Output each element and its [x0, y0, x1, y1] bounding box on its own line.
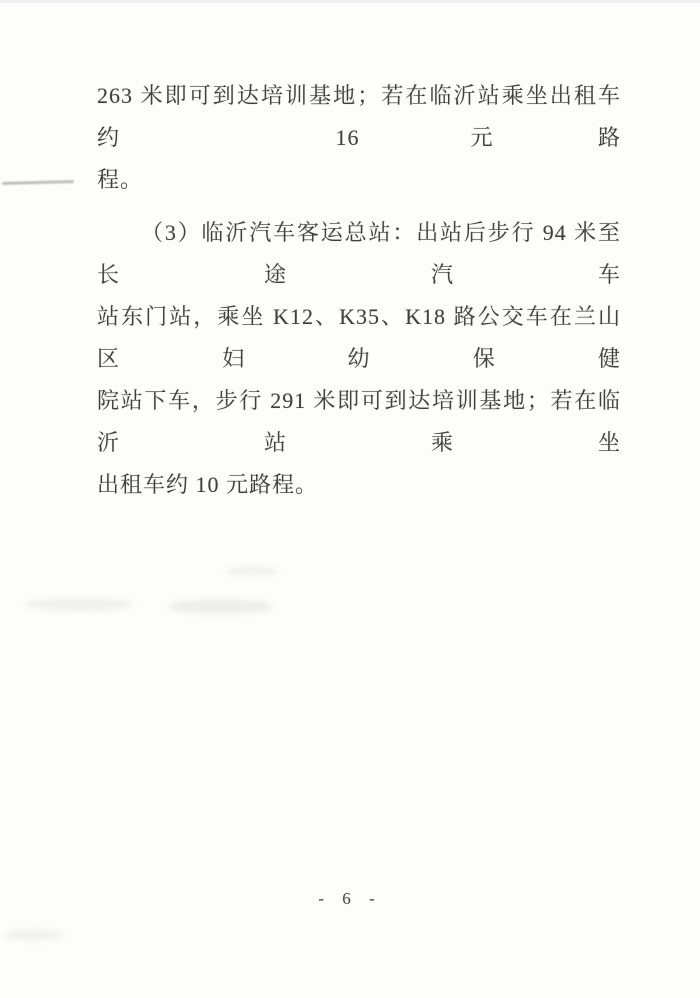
scan-smudge-artifact	[168, 599, 273, 614]
scan-edge-artifact	[0, 0, 700, 3]
text-line: 院站下车，步行 291 米即可到达培训基地；若在临沂站乘坐	[97, 380, 621, 464]
scan-smudge-artifact	[4, 930, 64, 940]
scan-smudge-artifact	[24, 598, 134, 611]
text-line: 程。	[97, 159, 621, 201]
page-number: - 6 -	[0, 889, 700, 909]
text-line: 出租车约 10 元路程。	[97, 464, 621, 506]
text-line: 站东门站，乘坐 K12、K35、K18 路公交车在兰山区妇幼保健	[97, 296, 621, 380]
scan-smudge-artifact	[226, 566, 278, 576]
scan-scratch-artifact	[2, 180, 74, 185]
paragraph-bus-terminal-directions: （3）临沂汽车客运总站：出站后步行 94 米至长途汽车 站东门站，乘坐 K12、…	[97, 212, 621, 506]
document-page: 263 米即可到达培训基地；若在临沂站乘坐出租车约 16 元路 程。 （3）临沂…	[0, 0, 700, 998]
paragraph-arrival-taxi-16: 263 米即可到达培训基地；若在临沂站乘坐出租车约 16 元路 程。	[97, 75, 621, 201]
text-line: （3）临沂汽车客运总站：出站后步行 94 米至长途汽车	[97, 212, 621, 296]
text-line: 263 米即可到达培训基地；若在临沂站乘坐出租车约 16 元路	[97, 75, 621, 159]
body-text: 263 米即可到达培训基地；若在临沂站乘坐出租车约 16 元路 程。 （3）临沂…	[97, 75, 621, 517]
